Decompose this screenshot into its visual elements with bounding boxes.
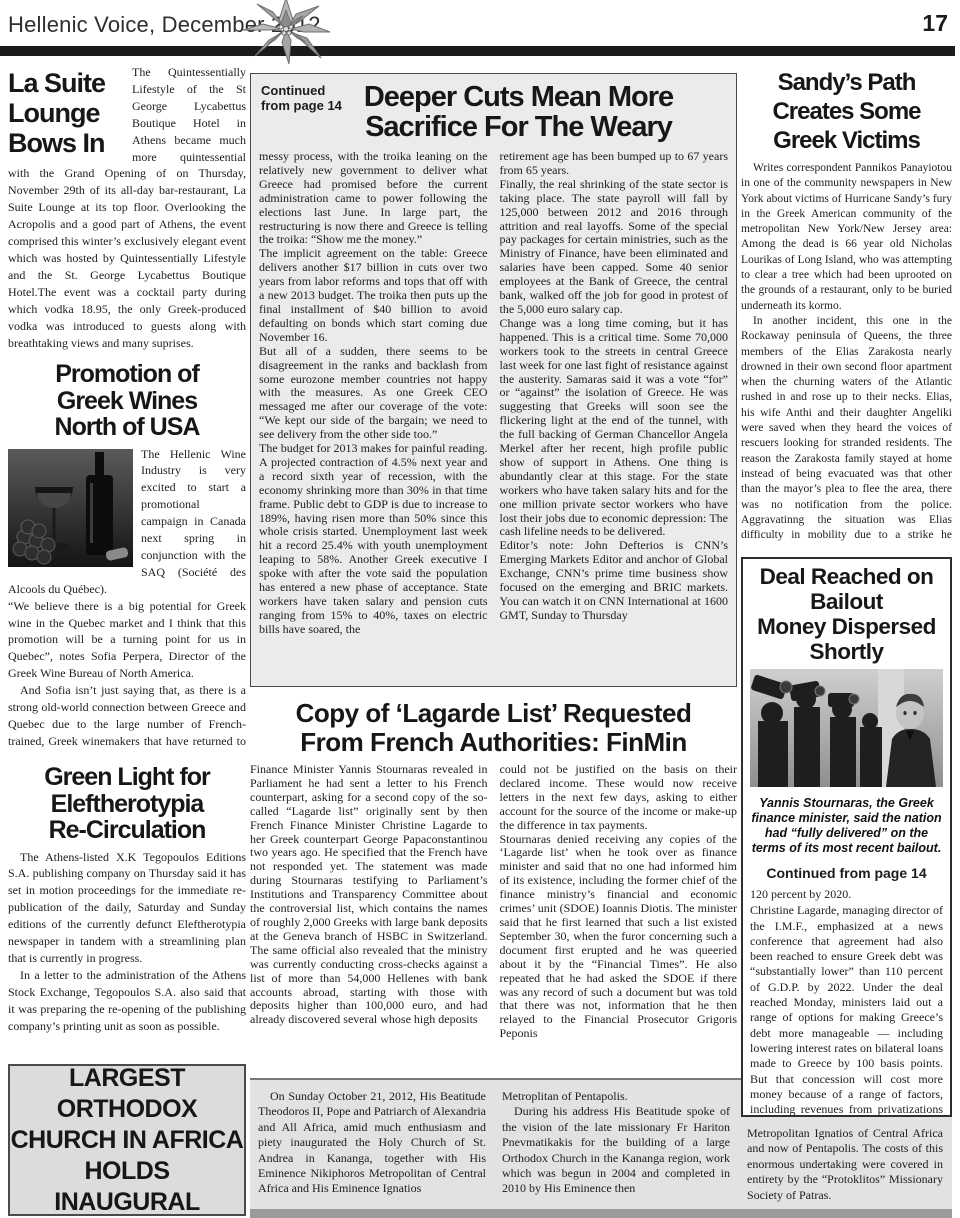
left-column: La Suite Lounge Bows In The Quintessenti… bbox=[8, 64, 246, 1216]
masthead-rule bbox=[0, 46, 955, 56]
article-column-1: messy process, with the troika leaning o… bbox=[259, 150, 488, 698]
continued-from-label: Continued from page 14 bbox=[261, 84, 353, 114]
article-headline-sandy: Sandy’s Path Creates Some Greek Victims bbox=[741, 68, 952, 155]
page-number: 17 bbox=[922, 10, 948, 37]
article-headline: Green Light for Eleftherotypia Re-Circul… bbox=[8, 764, 246, 844]
article-headline: LARGEST ORTHODOX CHURCH IN AFRICA HOLDS … bbox=[10, 1063, 244, 1218]
photo-caption: Yannis Stournaras, the Greek finance min… bbox=[750, 796, 943, 856]
article-column-1: Finance Minister Yannis Stournaras revea… bbox=[250, 763, 488, 1055]
newspaper-page: { "header": { "masthead": "Hellenic Voic… bbox=[0, 0, 960, 1218]
poinsettia-icon bbox=[241, 0, 331, 69]
church-column-2: Metroplitan of Pentapolis.During his add… bbox=[502, 1089, 730, 1207]
church-column-1: On Sunday October 21, 2012, His Beatitud… bbox=[258, 1089, 486, 1207]
article-body: messy process, with the troika leaning o… bbox=[257, 144, 730, 704]
article-bailout-box: Deal Reached on Bailout Money Dispersed … bbox=[741, 557, 952, 1117]
article-headline: Deal Reached on Bailout Money Dispersed … bbox=[750, 564, 943, 664]
article-body: 120 percent by 2020.Christine Lagarde, m… bbox=[750, 887, 943, 1117]
article-greek-wines-promotion: Promotion of Greek Wines North of USA bbox=[8, 356, 246, 754]
continued-from-label: Continued from page 14 bbox=[750, 865, 943, 881]
church-article-headline-box: LARGEST ORTHODOX CHURCH IN AFRICA HOLDS … bbox=[8, 1064, 246, 1216]
article-body: The Athens-listed X.K Tegopoulos Edition… bbox=[8, 849, 246, 1035]
article-headline-lagarde-list: Copy of ‘Lagarde List’ Requested From Fr… bbox=[250, 699, 737, 757]
article-headline: La Suite Lounge Bows In bbox=[8, 68, 126, 158]
article-headline: Promotion of Greek Wines North of USA bbox=[8, 361, 246, 441]
wine-bottle-glass-grapes-photo bbox=[8, 449, 133, 572]
middle-column: Continued from page 14 Deeper Cuts Mean … bbox=[250, 64, 737, 1055]
article-body-lagarde: Finance Minister Yannis Stournaras revea… bbox=[250, 763, 737, 1055]
article-deeper-cuts-box: Continued from page 14 Deeper Cuts Mean … bbox=[250, 73, 737, 687]
bottom-rule bbox=[250, 1209, 952, 1218]
article-body-sandy: Writes correspondent Pannikos Panayiotou… bbox=[741, 161, 952, 543]
press-conference-photo bbox=[750, 669, 943, 792]
article-la-suite-lounge: La Suite Lounge Bows In The Quintessenti… bbox=[8, 64, 246, 356]
article-column-2: retirement age has been bumped up to 67 … bbox=[500, 150, 729, 698]
article-eleftherotypia: Green Light for Eleftherotypia Re-Circul… bbox=[8, 754, 246, 1064]
church-column-3: Metropolitan Ignatios of Central Africa … bbox=[747, 1126, 943, 1210]
right-column: Sandy’s Path Creates Some Greek Victims … bbox=[741, 64, 952, 1117]
article-column-2: could not be justified on the basis on t… bbox=[500, 763, 738, 1055]
